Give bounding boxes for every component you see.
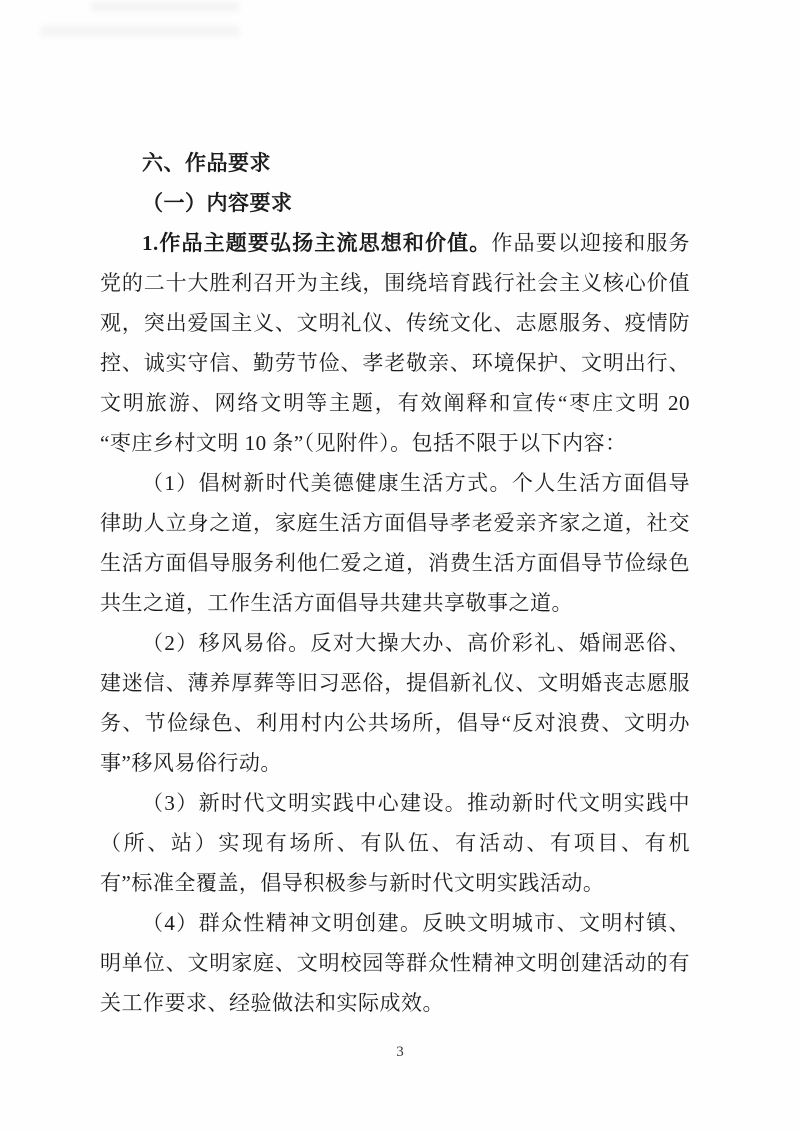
text-segment: 有”标准全覆盖，倡导积极参与新时代文明实践活动。 (100, 871, 604, 895)
text-line: 控、诚实守信、勤劳节俭、孝老敬亲、环境保护、文明出行、 (100, 343, 690, 383)
text-segment: 共生之道，工作生活方面倡导共建共享敬事之道。 (100, 591, 573, 615)
text-segment: 关工作要求、经验做法和实际成效。 (100, 991, 444, 1015)
document-body: 六、作品要求（一）内容要求1.作品主题要弘扬主流思想和价值。作品要以迎接和服务党… (100, 143, 690, 1023)
text-line: 务、节俭绿色、利用村内公共场所，倡导“反对浪费、文明办 (100, 703, 690, 743)
page-number: 3 (0, 1044, 800, 1061)
text-segment: （1）倡树新时代美德健康生活方式。个人生活方面倡导自 (100, 471, 690, 503)
subsection-heading: （一）内容要求 (100, 183, 690, 223)
text-segment: （3）新时代文明实践中心建设。推动新时代文明实践中心 (100, 791, 690, 823)
text-line: 关工作要求、经验做法和实际成效。 (100, 983, 690, 1023)
text-segment: （2）移风易俗。反对大操大办、高价彩礼、婚闹恶俗、封 (100, 631, 690, 663)
text-line: 律助人立身之道，家庭生活方面倡导孝老爱亲齐家之道，社交 (100, 503, 690, 543)
text-line: 明单位、文明家庭、文明校园等群众性精神文明创建活动的有 (100, 943, 690, 983)
bold-text-segment: 1.作品主题要弘扬主流思想和价值。 (142, 231, 491, 255)
scan-smudge (90, 2, 240, 11)
text-segment: （所、站）实现有场所、有队伍、有活动、有项目、有机制“五 (100, 831, 690, 863)
text-line: （所、站）实现有场所、有队伍、有活动、有项目、有机制“五 (100, 823, 690, 863)
text-segment: 建迷信、薄养厚葬等旧习恶俗，提倡新礼仪、文明婚丧志愿服 (100, 671, 690, 695)
text-segment: 控、诚实守信、勤劳节俭、孝老敬亲、环境保护、文明出行、 (100, 351, 690, 375)
paragraph-lead-line: （2）移风易俗。反对大操大办、高价彩礼、婚闹恶俗、封 (100, 623, 690, 663)
text-line: 党的二十大胜利召开为主线，围绕培育践行社会主义核心价值 (100, 263, 690, 303)
document-page: 六、作品要求（一）内容要求1.作品主题要弘扬主流思想和价值。作品要以迎接和服务党… (0, 0, 800, 1131)
paragraph-lead-line: （1）倡树新时代美德健康生活方式。个人生活方面倡导自 (100, 463, 690, 503)
text-segment: 明单位、文明家庭、文明校园等群众性精神文明创建活动的有 (100, 951, 690, 975)
paragraph-lead-line: 1.作品主题要弘扬主流思想和价值。作品要以迎接和服务 (100, 223, 690, 263)
text-segment: 文明旅游、网络文明等主题，有效阐释和宣传“枣庄文明 20 条” (100, 391, 690, 423)
text-segment: “枣庄乡村文明 10 条”（见附件）。包括不限于以下内容： (100, 431, 627, 455)
text-segment: 事”移风易俗行动。 (100, 751, 282, 775)
text-segment: （4）群众性精神文明创建。反映文明城市、文明村镇、文 (100, 911, 690, 943)
text-segment: 生活方面倡导服务利他仁爱之道，消费生活方面倡导节俭绿色 (100, 551, 690, 575)
text-line: 观，突出爱国主义、文明礼仪、传统文化、志愿服务、疫情防 (100, 303, 690, 343)
text-line: 共生之道，工作生活方面倡导共建共享敬事之道。 (100, 583, 690, 623)
text-segment: 务、节俭绿色、利用村内公共场所，倡导“反对浪费、文明办 (100, 711, 690, 735)
text-line: 生活方面倡导服务利他仁爱之道，消费生活方面倡导节俭绿色 (100, 543, 690, 583)
section-heading: 六、作品要求 (100, 143, 690, 183)
text-line: “枣庄乡村文明 10 条”（见附件）。包括不限于以下内容： (100, 423, 690, 463)
text-line: 建迷信、薄养厚葬等旧习恶俗，提倡新礼仪、文明婚丧志愿服 (100, 663, 690, 703)
text-line: 有”标准全覆盖，倡导积极参与新时代文明实践活动。 (100, 863, 690, 903)
text-segment: 党的二十大胜利召开为主线，围绕培育践行社会主义核心价值 (100, 271, 690, 295)
text-line: 文明旅游、网络文明等主题，有效阐释和宣传“枣庄文明 20 条” (100, 383, 690, 423)
paragraph-lead-line: （4）群众性精神文明创建。反映文明城市、文明村镇、文 (100, 903, 690, 943)
text-segment: 观，突出爱国主义、文明礼仪、传统文化、志愿服务、疫情防 (100, 311, 690, 335)
paragraph-lead-line: （3）新时代文明实践中心建设。推动新时代文明实践中心 (100, 783, 690, 823)
scan-smudge (40, 26, 240, 36)
bold-text-segment: 六、作品要求 (142, 151, 271, 175)
text-line: 事”移风易俗行动。 (100, 743, 690, 783)
text-segment: 律助人立身之道，家庭生活方面倡导孝老爱亲齐家之道，社交 (100, 511, 690, 535)
bold-text-segment: （一）内容要求 (142, 191, 293, 215)
text-segment: 作品要以迎接和服务 (491, 231, 690, 255)
